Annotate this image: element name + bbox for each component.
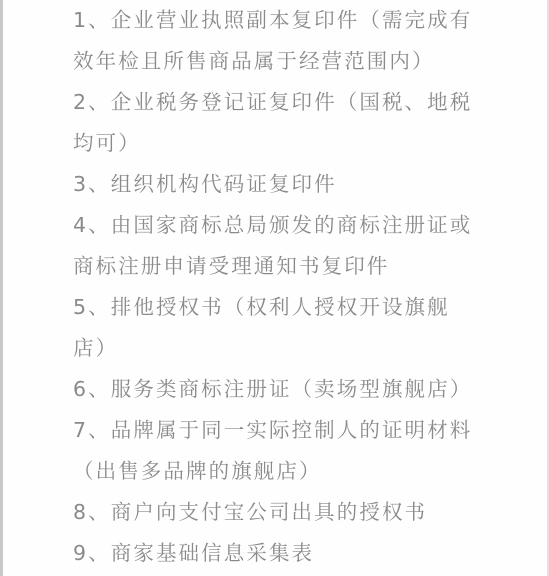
list-item-4: 4、由国家商标总局颁发的商标注册证或 商标注册申请受理通知书复印件: [73, 205, 493, 287]
list-item-text: 4、由国家商标总局颁发的商标注册证或: [73, 205, 493, 246]
list-item-9: 9、商家基础信息采集表: [73, 533, 493, 574]
list-item-text-continued: 效年检且所售商品属于经营范围内）: [73, 41, 493, 82]
list-item-text-continued: 店）: [73, 328, 493, 369]
list-item-6: 6、服务类商标注册证（卖场型旗舰店）: [73, 369, 493, 410]
list-item-text: 1、企业营业执照副本复印件（需完成有: [73, 0, 493, 41]
list-item-text-continued: （出售多品牌的旗舰店）: [73, 451, 493, 492]
list-item-text: 5、排他授权书（权利人授权开设旗舰: [73, 287, 493, 328]
list-item-text: 3、组织机构代码证复印件: [73, 164, 493, 205]
list-item-8: 8、商户向支付宝公司出具的授权书: [73, 492, 493, 533]
list-item-text: 7、品牌属于同一实际控制人的证明材料: [73, 410, 493, 451]
list-item-text: 2、企业税务登记证复印件（国税、地税: [73, 82, 493, 123]
list-item-2: 2、企业税务登记证复印件（国税、地税 均可）: [73, 82, 493, 164]
list-item-3: 3、组织机构代码证复印件: [73, 164, 493, 205]
document-frame: 1、企业营业执照副本复印件（需完成有 效年检且所售商品属于经营范围内） 2、企业…: [0, 0, 549, 576]
list-item-text-continued: 商标注册申请受理通知书复印件: [73, 246, 493, 287]
requirements-list: 1、企业营业执照副本复印件（需完成有 效年检且所售商品属于经营范围内） 2、企业…: [73, 0, 493, 574]
list-item-5: 5、排他授权书（权利人授权开设旗舰 店）: [73, 287, 493, 369]
list-item-text: 6、服务类商标注册证（卖场型旗舰店）: [73, 369, 493, 410]
list-item-text: 8、商户向支付宝公司出具的授权书: [73, 492, 493, 533]
list-item-text: 9、商家基础信息采集表: [73, 533, 493, 574]
list-item-1: 1、企业营业执照副本复印件（需完成有 效年检且所售商品属于经营范围内）: [73, 0, 493, 82]
list-item-text-continued: 均可）: [73, 123, 493, 164]
list-item-7: 7、品牌属于同一实际控制人的证明材料 （出售多品牌的旗舰店）: [73, 410, 493, 492]
